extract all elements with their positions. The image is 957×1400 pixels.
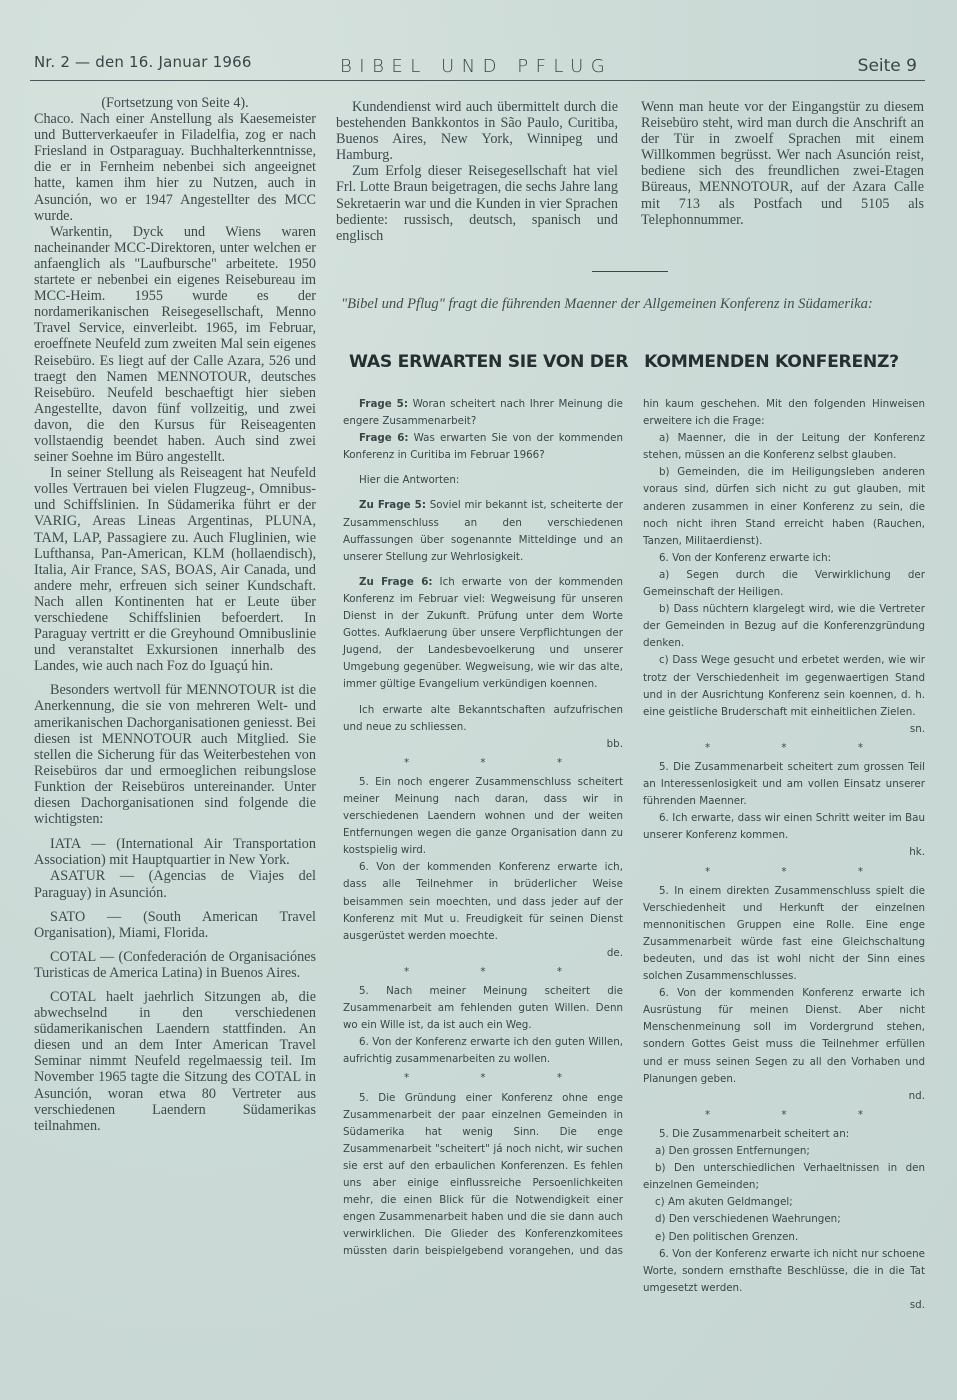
list-item: e) Den politischen Grenzen. (643, 1229, 925, 1246)
answer: Ich erwarte alte Bekanntschaften aufzufr… (343, 702, 623, 736)
section-divider (592, 271, 668, 272)
answer: Zu Frage 6: Ich erwarte von der kommende… (343, 574, 623, 694)
answer: 5. Die Zusammenarbeit scheitert an: (643, 1126, 925, 1143)
answer: 6. Von der Konferenz erwarte ich: (643, 550, 925, 567)
article-headline: WAS ERWARTEN SIE VON DERKOMMENDEN KONFER… (349, 352, 929, 372)
list-item: d) Den verschiedenen Waehrungen; (643, 1211, 925, 1228)
question-5: Frage 5: Woran scheitert nach Ihrer Mein… (343, 396, 623, 430)
answer-point: a) Segen durch die Verwirklichung der Ge… (643, 567, 925, 601)
question-6: Frage 6: Was erwarten Sie von der kommen… (343, 430, 623, 464)
answer: 6. Von der Konferenz erwarte ich den gut… (343, 1034, 623, 1068)
paragraph: Wenn man heute vor der Eingangstür zu di… (641, 99, 924, 228)
answer-point: a) Maenner, die in der Leitung der Konfe… (643, 430, 925, 464)
answer: Zu Frage 5: Soviel mir bekannt ist, sche… (343, 497, 623, 565)
paragraph: Zum Erfolg dieser Reisegesellschaft hat … (336, 163, 618, 243)
list-item: a) Den grossen Entfernungen; (643, 1143, 925, 1160)
section-stars: * * * (343, 1070, 623, 1087)
answer-continuation: hin kaum geschehen. Mit den folgenden Hi… (643, 396, 925, 430)
answer: 6. Von der kommenden Konferenz erwarte i… (343, 859, 623, 944)
newspaper-page: Nr. 2 — den 16. Januar 1966 BIBEL UND PF… (0, 0, 957, 1400)
answer: 5. Die Gründung einer Konferenz ohne eng… (343, 1090, 623, 1261)
section-stars: * * * (343, 755, 623, 772)
list-item: c) Am akuten Geldmangel; (643, 1194, 925, 1211)
answers-intro: Hier die Antworten: (343, 472, 623, 489)
article-column-1: (Fortsetzung von Seite 4). Chaco. Nach e… (34, 95, 316, 1134)
answer-label: Zu Frage 6: (359, 576, 433, 588)
author-initials: hk. (643, 844, 925, 861)
masthead-title: BIBEL UND PFLUG (340, 56, 612, 77)
section-stars: * * * (643, 740, 925, 757)
header-rule (30, 80, 925, 81)
answer-point: b) Dass nüchtern klargelegt wird, wie di… (643, 601, 925, 652)
author-initials: sd. (643, 1297, 925, 1314)
paragraph: Kundendienst wird auch übermittelt durch… (336, 99, 618, 163)
section-stars: * * * (643, 864, 925, 881)
question-label: Frage 5: (359, 398, 408, 410)
answer: 5. Die Zusammenarbeit scheitert zum gros… (643, 759, 925, 810)
paragraph: Besonders wertvoll für MENNOTOUR ist die… (34, 682, 316, 827)
article-column-3: Wenn man heute vor der Eingangstür zu di… (641, 99, 924, 228)
paragraph: Chaco. Nach einer Anstellung als Kaeseme… (34, 111, 316, 224)
question-label: Frage 6: (359, 432, 409, 444)
interview-column-2: hin kaum geschehen. Mit den folgenden Hi… (643, 396, 925, 1314)
author-initials: bb. (343, 736, 623, 753)
organisation-entry: ASATUR — (Agencias de Viajes del Paragua… (34, 868, 316, 900)
issue-date: Nr. 2 — den 16. Januar 1966 (34, 53, 252, 71)
answer: 6. Von der kommenden Konferenz erwarte i… (643, 985, 925, 1088)
section-stars: * * * (343, 964, 623, 981)
author-initials: sn. (643, 721, 925, 738)
answer-point: c) Dass Wege gesucht und erbetet werden,… (643, 652, 925, 720)
answer: 5. In einem direkten Zusammenschluss spi… (643, 883, 925, 986)
answer: 6. Ich erwarte, dass wir einen Schritt w… (643, 810, 925, 844)
organisation-entry: IATA — (International Air Transportation… (34, 836, 316, 868)
interview-column-1: Frage 5: Woran scheitert nach Ihrer Mein… (343, 396, 623, 1261)
paragraph: Warkentin, Dyck und Wiens waren nacheina… (34, 224, 316, 465)
section-stars: * * * (643, 1107, 925, 1124)
answer: 5. Ein noch engerer Zusammenschluss sche… (343, 774, 623, 859)
article-intro: "Bibel und Pflug" fragt die führenden Ma… (341, 296, 931, 312)
paragraph: In seiner Stellung als Reiseagent hat Ne… (34, 465, 316, 674)
list-item: b) Den unterschiedlichen Verhaeltnissen … (643, 1160, 925, 1194)
author-initials: de. (343, 945, 623, 962)
headline-part-1: WAS ERWARTEN SIE VON DER (349, 352, 628, 372)
article-column-2: Kundendienst wird auch übermittelt durch… (336, 99, 618, 244)
headline-part-2: KOMMENDEN KONFERENZ? (644, 352, 899, 372)
paragraph: COTAL haelt jaehrlich Sitzungen ab, die … (34, 989, 316, 1134)
page-number: Seite 9 (858, 56, 917, 76)
answer-point: b) Gemeinden, die im Heiligungsleben and… (643, 464, 925, 549)
answer: 6. Von der Konferenz erwarte ich nicht n… (643, 1246, 925, 1297)
organisation-entry: SATO — (South American Travel Organisati… (34, 909, 316, 941)
author-initials: nd. (643, 1088, 925, 1105)
answer: 5. Nach meiner Meinung scheitert die Zus… (343, 983, 623, 1034)
organisation-entry: COTAL — (Confederación de Organisaciónes… (34, 949, 316, 981)
answer-label: Zu Frage 5: (359, 499, 426, 511)
continuation-note: (Fortsetzung von Seite 4). (34, 95, 316, 111)
